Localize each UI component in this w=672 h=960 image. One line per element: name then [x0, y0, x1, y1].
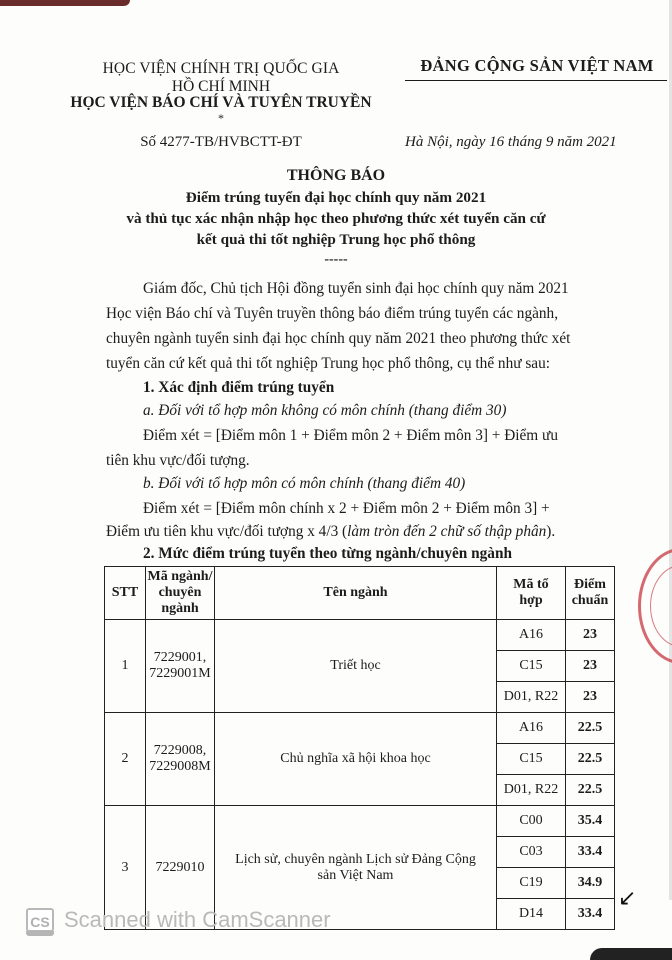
cell-score: 22.5 [566, 744, 615, 775]
major-code-line-2: 7229008M [146, 759, 214, 775]
header-score-line-1: Điểm [566, 577, 614, 593]
header-major-code: Mã ngành/ chuyên ngành [146, 567, 215, 620]
cell-major-name: Triết học [215, 620, 497, 713]
header-code-line-3: ngành [146, 601, 214, 617]
camscanner-logo-icon: CS [26, 908, 54, 932]
cell-combo: A16 [497, 620, 566, 651]
cell-score: 22.5 [566, 775, 615, 806]
header-combo-line-2: hợp [497, 593, 565, 609]
header-stt: STT [105, 567, 146, 620]
intro-line-3: chuyên ngành tuyển sinh đại học chính qu… [106, 330, 570, 348]
cell-stt: 2 [105, 713, 146, 806]
major-code-line-1: 7229001, [146, 650, 214, 666]
formula-b-line-2: Điểm ưu tiên khu vực/đối tượng x 4/3 (là… [106, 523, 555, 541]
formula-b-end: ). [546, 523, 555, 540]
doc-subtitle-2: và thủ tục xác nhận nhập học theo phương… [0, 210, 672, 228]
cell-score: 23 [566, 682, 615, 713]
rounding-note: làm tròn đến 2 chữ số thập phân [347, 523, 546, 540]
cell-score: 33.4 [566, 837, 615, 868]
cell-score: 33.4 [566, 899, 615, 930]
cell-score: 22.5 [566, 713, 615, 744]
cell-score: 34.9 [566, 868, 615, 899]
intro-line-1: Giám đốc, Chủ tịch Hội đồng tuyển sinh đ… [143, 280, 569, 298]
cell-combo: C15 [497, 651, 566, 682]
doc-title: THÔNG BÁO [0, 167, 672, 185]
cell-score: 35.4 [566, 806, 615, 837]
major-code-line-1: 7229008, [146, 743, 214, 759]
scan-edge-top [0, 0, 130, 6]
header-combo-line-1: Mã tổ [497, 577, 565, 593]
cell-combo: D01, R22 [497, 775, 566, 806]
formula-b-text: Điểm ưu tiên khu vực/đối tượng x 4/3 ( [106, 523, 347, 540]
header-combo: Mã tổ hợp [497, 567, 566, 620]
formula-b-line-1: Điểm xét = [Điểm môn chính x 2 + Điểm mô… [143, 500, 550, 518]
camscanner-text: Scanned with CamScanner [64, 907, 331, 933]
section-2-heading: 2. Mức điểm trúng tuyển theo từng ngành/… [143, 545, 512, 563]
section-1-heading: 1. Xác định điểm trúng tuyển [143, 379, 334, 397]
cell-major-name: Chủ nghĩa xã hội khoa học [215, 713, 497, 806]
admission-scores-table: STT Mã ngành/ chuyên ngành Tên ngành Mã … [104, 566, 615, 930]
cell-combo: C00 [497, 806, 566, 837]
party-underline [405, 80, 667, 81]
handwritten-check-icon: ↙ [618, 886, 636, 911]
place-date: Hà Nội, ngày 16 tháng 9 năm 2021 [405, 134, 617, 151]
cell-combo: C19 [497, 868, 566, 899]
table-row: 27229008,7229008MChủ nghĩa xã hội khoa h… [105, 713, 615, 744]
cell-combo: A16 [497, 713, 566, 744]
cell-score: 23 [566, 620, 615, 651]
header-code-line-2: chuyên [146, 585, 214, 601]
table-row: 37229010Lịch sử, chuyên ngành Lịch sử Đả… [105, 806, 615, 837]
camscanner-watermark: CS Scanned with CamScanner [26, 907, 331, 933]
major-code-line-2: 7229001M [146, 666, 214, 682]
formula-a-line-1: Điểm xét = [Điểm môn 1 + Điểm môn 2 + Đi… [143, 427, 558, 445]
cell-combo: D14 [497, 899, 566, 930]
scan-edge-bottom [590, 948, 672, 960]
header-star: * [60, 111, 382, 126]
header-code-line-1: Mã ngành/ [146, 569, 214, 585]
party-name: ĐẢNG CỘNG SẢN VIỆT NAM [402, 56, 672, 76]
formula-a-line-2: tiên khu vực/đối tượng. [106, 452, 250, 470]
header-score-line-2: chuẩn [566, 593, 614, 609]
doc-subtitle-3: kết quả thi tốt nghiệp Trung học phổ thô… [0, 231, 672, 249]
table-body: 17229001,7229001MTriết họcA1623C1523D01,… [105, 620, 615, 930]
cell-stt: 1 [105, 620, 146, 713]
sub-a-heading: a. Đối với tổ hợp môn không có môn chính… [143, 402, 506, 420]
intro-line-4: tuyển căn cứ kết quả thi tốt nghiệp Trun… [106, 355, 550, 373]
cell-combo: D01, R22 [497, 682, 566, 713]
doc-subtitle-1: Điểm trúng tuyển đại học chính quy năm 2… [0, 189, 672, 207]
header-major-name: Tên ngành [215, 567, 497, 620]
org-name: HỌC VIỆN BÁO CHÍ VÀ TUYÊN TRUYỀN [60, 94, 382, 112]
cell-combo: C03 [497, 837, 566, 868]
sub-b-heading: b. Đối với tổ hợp môn có môn chính (than… [143, 475, 465, 493]
cell-major-code: 7229001,7229001M [146, 620, 215, 713]
cell-combo: C15 [497, 744, 566, 775]
major-code-line-1: 7229010 [146, 860, 214, 876]
title-separator: ----- [0, 252, 672, 268]
cell-score: 23 [566, 651, 615, 682]
cell-major-code: 7229008,7229008M [146, 713, 215, 806]
org-parent-line1: HỌC VIỆN CHÍNH TRỊ QUỐC GIA [60, 60, 382, 78]
table-header-row: STT Mã ngành/ chuyên ngành Tên ngành Mã … [105, 567, 615, 620]
doc-number: Số 4277-TB/HVBCTT-ĐT [60, 134, 382, 151]
header-score: Điểm chuẩn [566, 567, 615, 620]
intro-line-2: Học viện Báo chí và Tuyên truyền thông b… [106, 305, 558, 323]
table-row: 17229001,7229001MTriết họcA1623 [105, 620, 615, 651]
